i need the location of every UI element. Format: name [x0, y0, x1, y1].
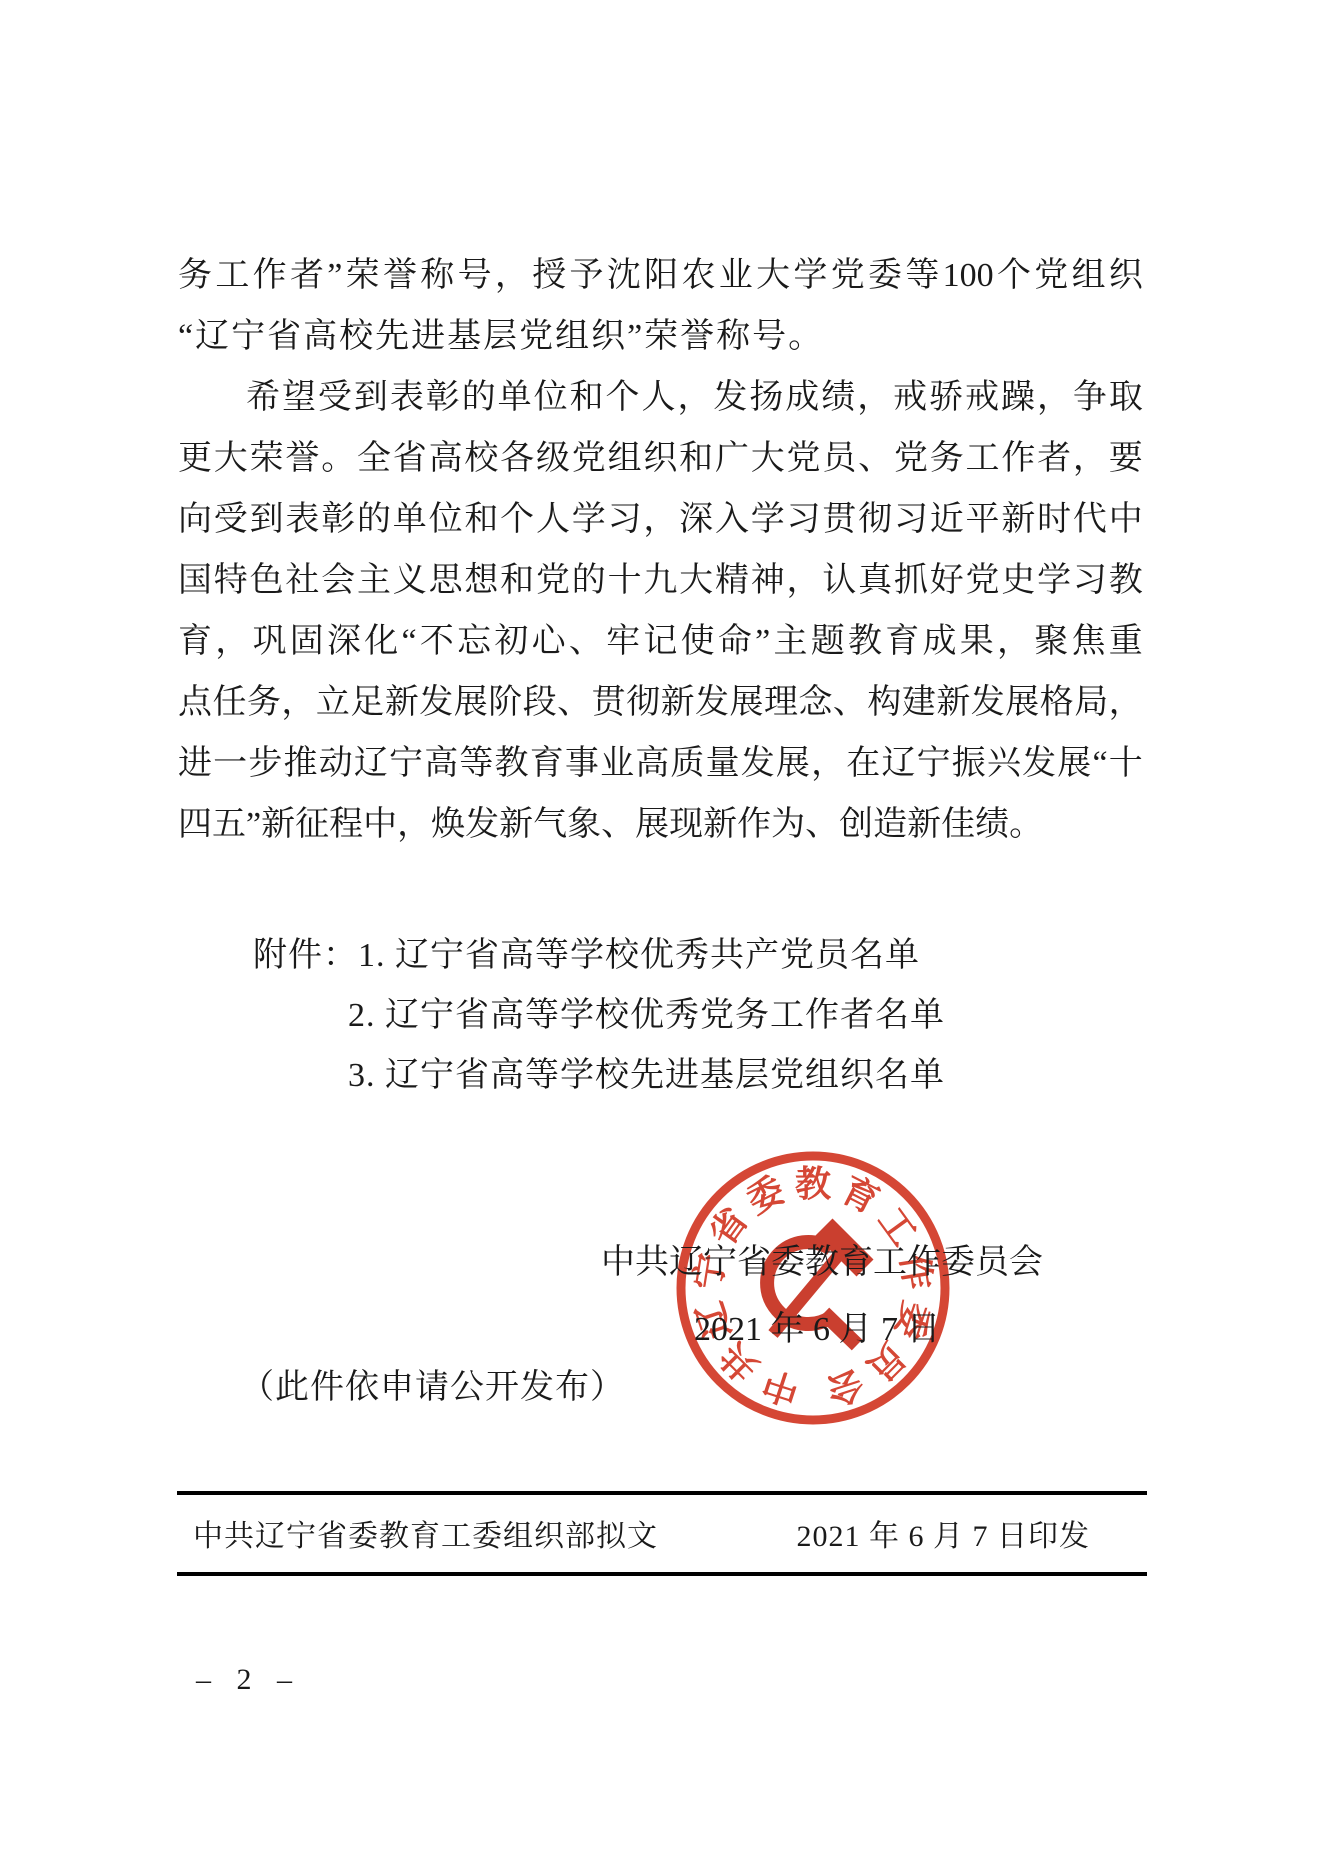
footer-print-date-text: 2021 年 6 月 7 日印发 [797, 1516, 1091, 1558]
svg-text:教: 教 [795, 1164, 832, 1204]
body-line: 更大荣誉。全省高校各级党组织和广大党员、党务工作者，要 [178, 428, 1143, 489]
svg-text:会: 会 [822, 1362, 869, 1411]
attachment-item: 1. 辽宁省高等学校优秀共产党员名单 [358, 937, 920, 974]
footer-rule-top [177, 1491, 1147, 1495]
body-line: 四五”新征程中，焕发新气象、展现新作为、创造新佳绩。 [178, 794, 1143, 855]
body-line: 务工作者”荣誉称号，授予沈阳农业大学党委等100个党组织 [178, 245, 1143, 306]
attachment-label: 附件： [253, 937, 358, 974]
body-line: 国特色社会主义思想和党的十九大精神，认真抓好党史学习教 [178, 550, 1143, 611]
official-seal: 中共辽宁省委教育工作委员会 [673, 1148, 953, 1428]
body-line: 希望受到表彰的单位和个人，发扬成绩，戒骄戒躁，争取 [178, 367, 1143, 428]
attachment-item: 2. 辽宁省高等学校优秀党务工作者名单 [348, 985, 945, 1046]
footer-rule-bottom [177, 1572, 1147, 1576]
body-line: 育，巩固深化“不忘初心、牢记使命”主题教育成果，聚焦重 [178, 611, 1143, 672]
page-number: – 2 – [196, 1658, 296, 1702]
publication-note: （此件依申请公开发布） [240, 1366, 625, 1410]
document-page: 务工作者”荣誉称号，授予沈阳农业大学党委等100个党组织 “辽宁省高校先进基层党… [0, 0, 1323, 1871]
signature-org: 中共辽宁省委教育工作委员会 [601, 1241, 1043, 1285]
body-line: “辽宁省高校先进基层党组织”荣誉称号。 [178, 306, 1143, 367]
attachment-line: 附件：1. 辽宁省高等学校优秀共产党员名单 [253, 925, 920, 986]
body-line: 点任务，立足新发展阶段、贯彻新发展理念、构建新发展格局， [178, 672, 1143, 733]
attachment-item: 3. 辽宁省高等学校先进基层党组织名单 [348, 1045, 945, 1106]
footer-drafter-text: 中共辽宁省委教育工委组织部拟文 [193, 1516, 658, 1558]
svg-text:中: 中 [758, 1362, 805, 1411]
signature-date: 2021 年 6 月 7 日 [694, 1308, 941, 1352]
body-line: 向受到表彰的单位和个人学习，深入学习贯彻习近平新时代中 [178, 489, 1143, 550]
body-line: 进一步推动辽宁高等教育事业高质量发展，在辽宁振兴发展“十 [178, 733, 1143, 794]
